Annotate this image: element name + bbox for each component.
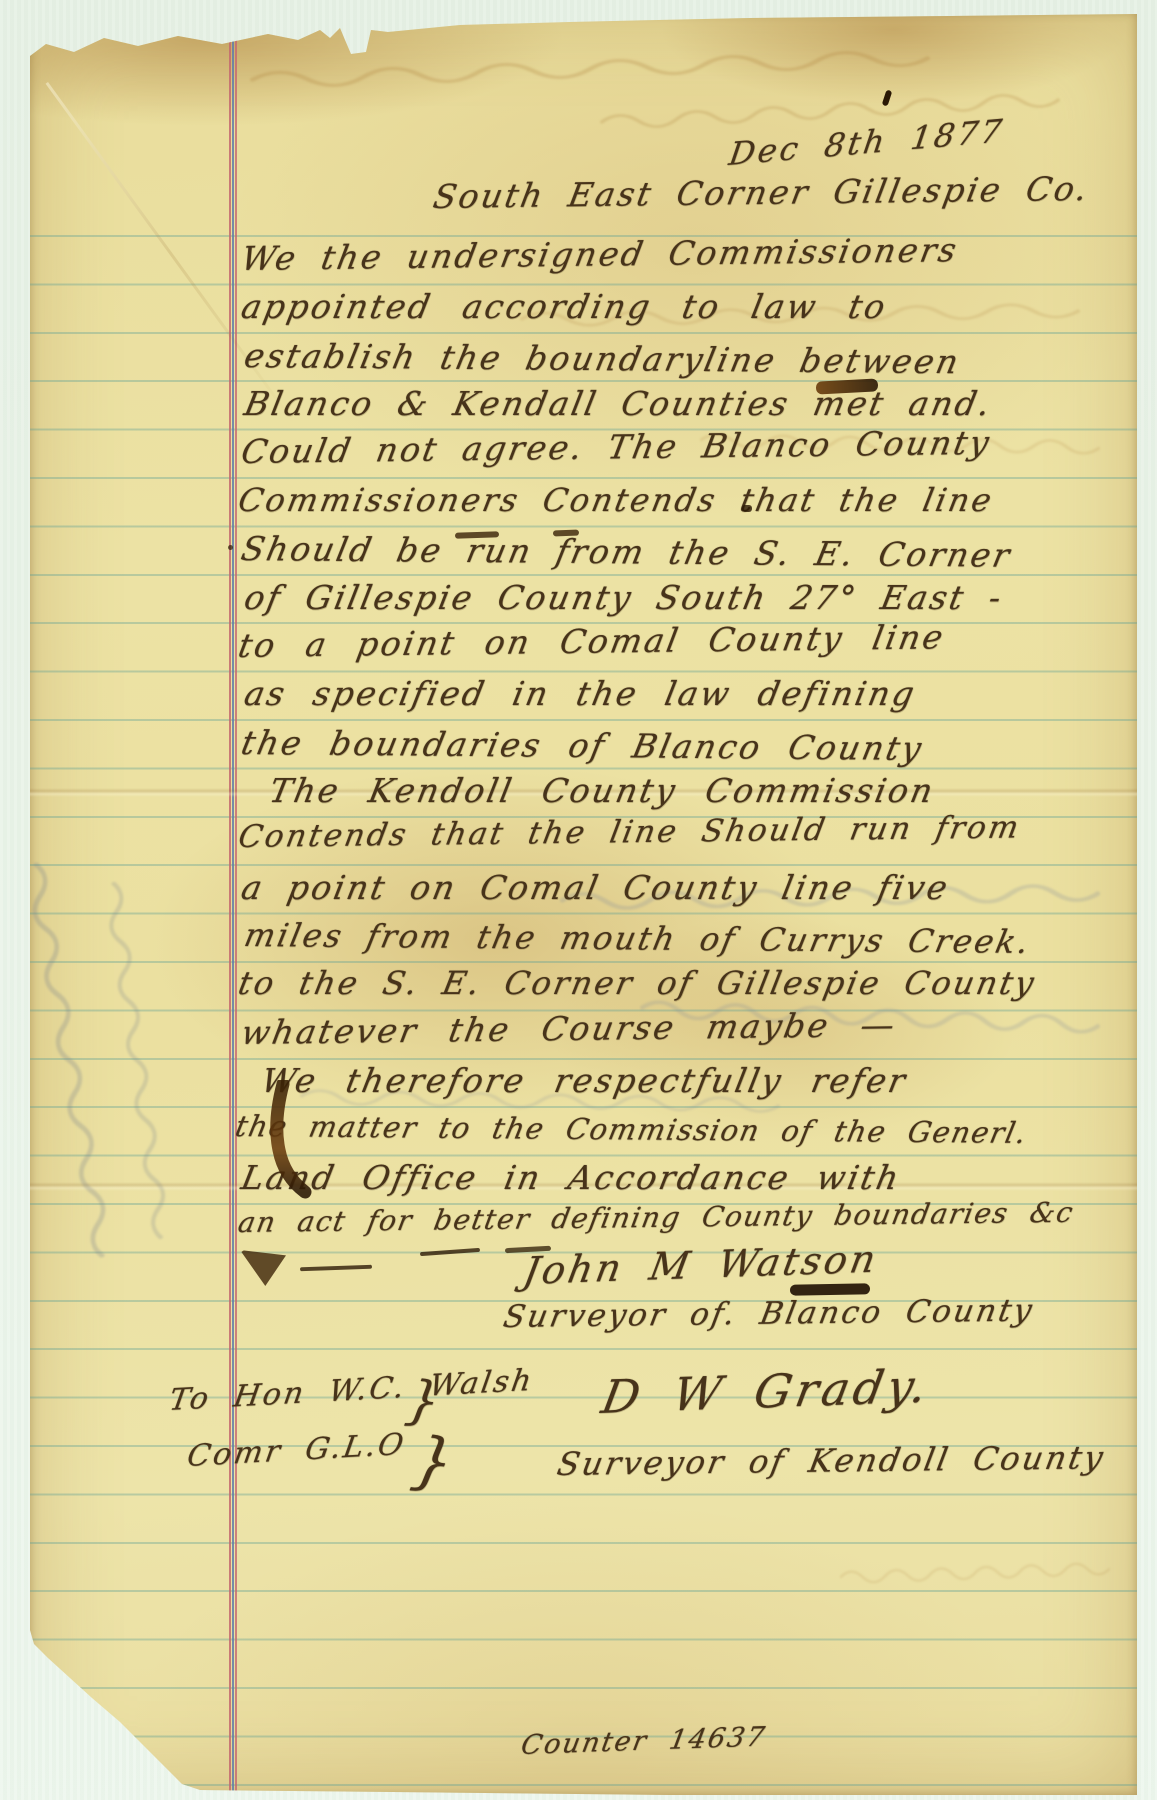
- body-line-9: to a point on Comal County line: [236, 620, 948, 662]
- signature-title-grady: Surveyor of Kendoll County: [555, 1441, 1108, 1480]
- body-line-12: The Kendoll County Commission: [267, 774, 938, 807]
- strike-mark: [553, 530, 579, 537]
- body-line-6: Commissioners Contends that the line: [236, 484, 997, 516]
- ink-blot: [255, 1080, 319, 1204]
- signature-name-grady: D W Grady.: [598, 1363, 934, 1420]
- body-line-5: Could not agree. The Blanco County: [239, 426, 994, 468]
- body-line-14: a point on Comal County line five: [239, 871, 953, 904]
- body-line-20: Land Office in Accordance with: [239, 1161, 904, 1194]
- body-line-2: appointed according to law to: [239, 290, 890, 323]
- ink-speck: [742, 505, 752, 512]
- body-line-7: Should be run from the S. E. Corner: [239, 532, 1015, 572]
- body-line-11: the boundaries of Blanco County: [239, 726, 927, 765]
- margin-line-red: [229, 12, 231, 1795]
- margin-line-red: [235, 12, 237, 1795]
- ink-speck: [228, 545, 233, 550]
- heading-line: South East Corner Gillespie Co.: [431, 172, 1092, 213]
- body-line-17: whatever the Course maybe —: [239, 1008, 900, 1049]
- body-line-10: as specified in the law defining: [242, 677, 919, 710]
- body-line-4: Blanco & Kendall Counties met and.: [242, 387, 995, 420]
- body-line-8: of Gillespie County South 27° East -: [242, 581, 1007, 614]
- body-line-19: the matter to the Commission of the Gene…: [233, 1112, 1030, 1148]
- body-line-18: We therefore respectfully refer: [259, 1064, 911, 1097]
- body-line-1: We the undersigned Commissioners: [239, 233, 961, 275]
- ink-blot: [790, 1283, 870, 1295]
- body-line-15: miles from the mouth of Currys Creek.: [242, 919, 1034, 958]
- margin-line-blue: [232, 12, 234, 1795]
- body-line-3: establish the boundaryline between: [242, 339, 964, 378]
- body-line-16: to the S. E. Corner of Gillespie County: [236, 967, 1039, 999]
- scanned-document: Dec 8th 1877 South East Corner Gillespie…: [0, 0, 1157, 1800]
- signature-title-watson: Surveyor of. Blanco County: [501, 1296, 1037, 1333]
